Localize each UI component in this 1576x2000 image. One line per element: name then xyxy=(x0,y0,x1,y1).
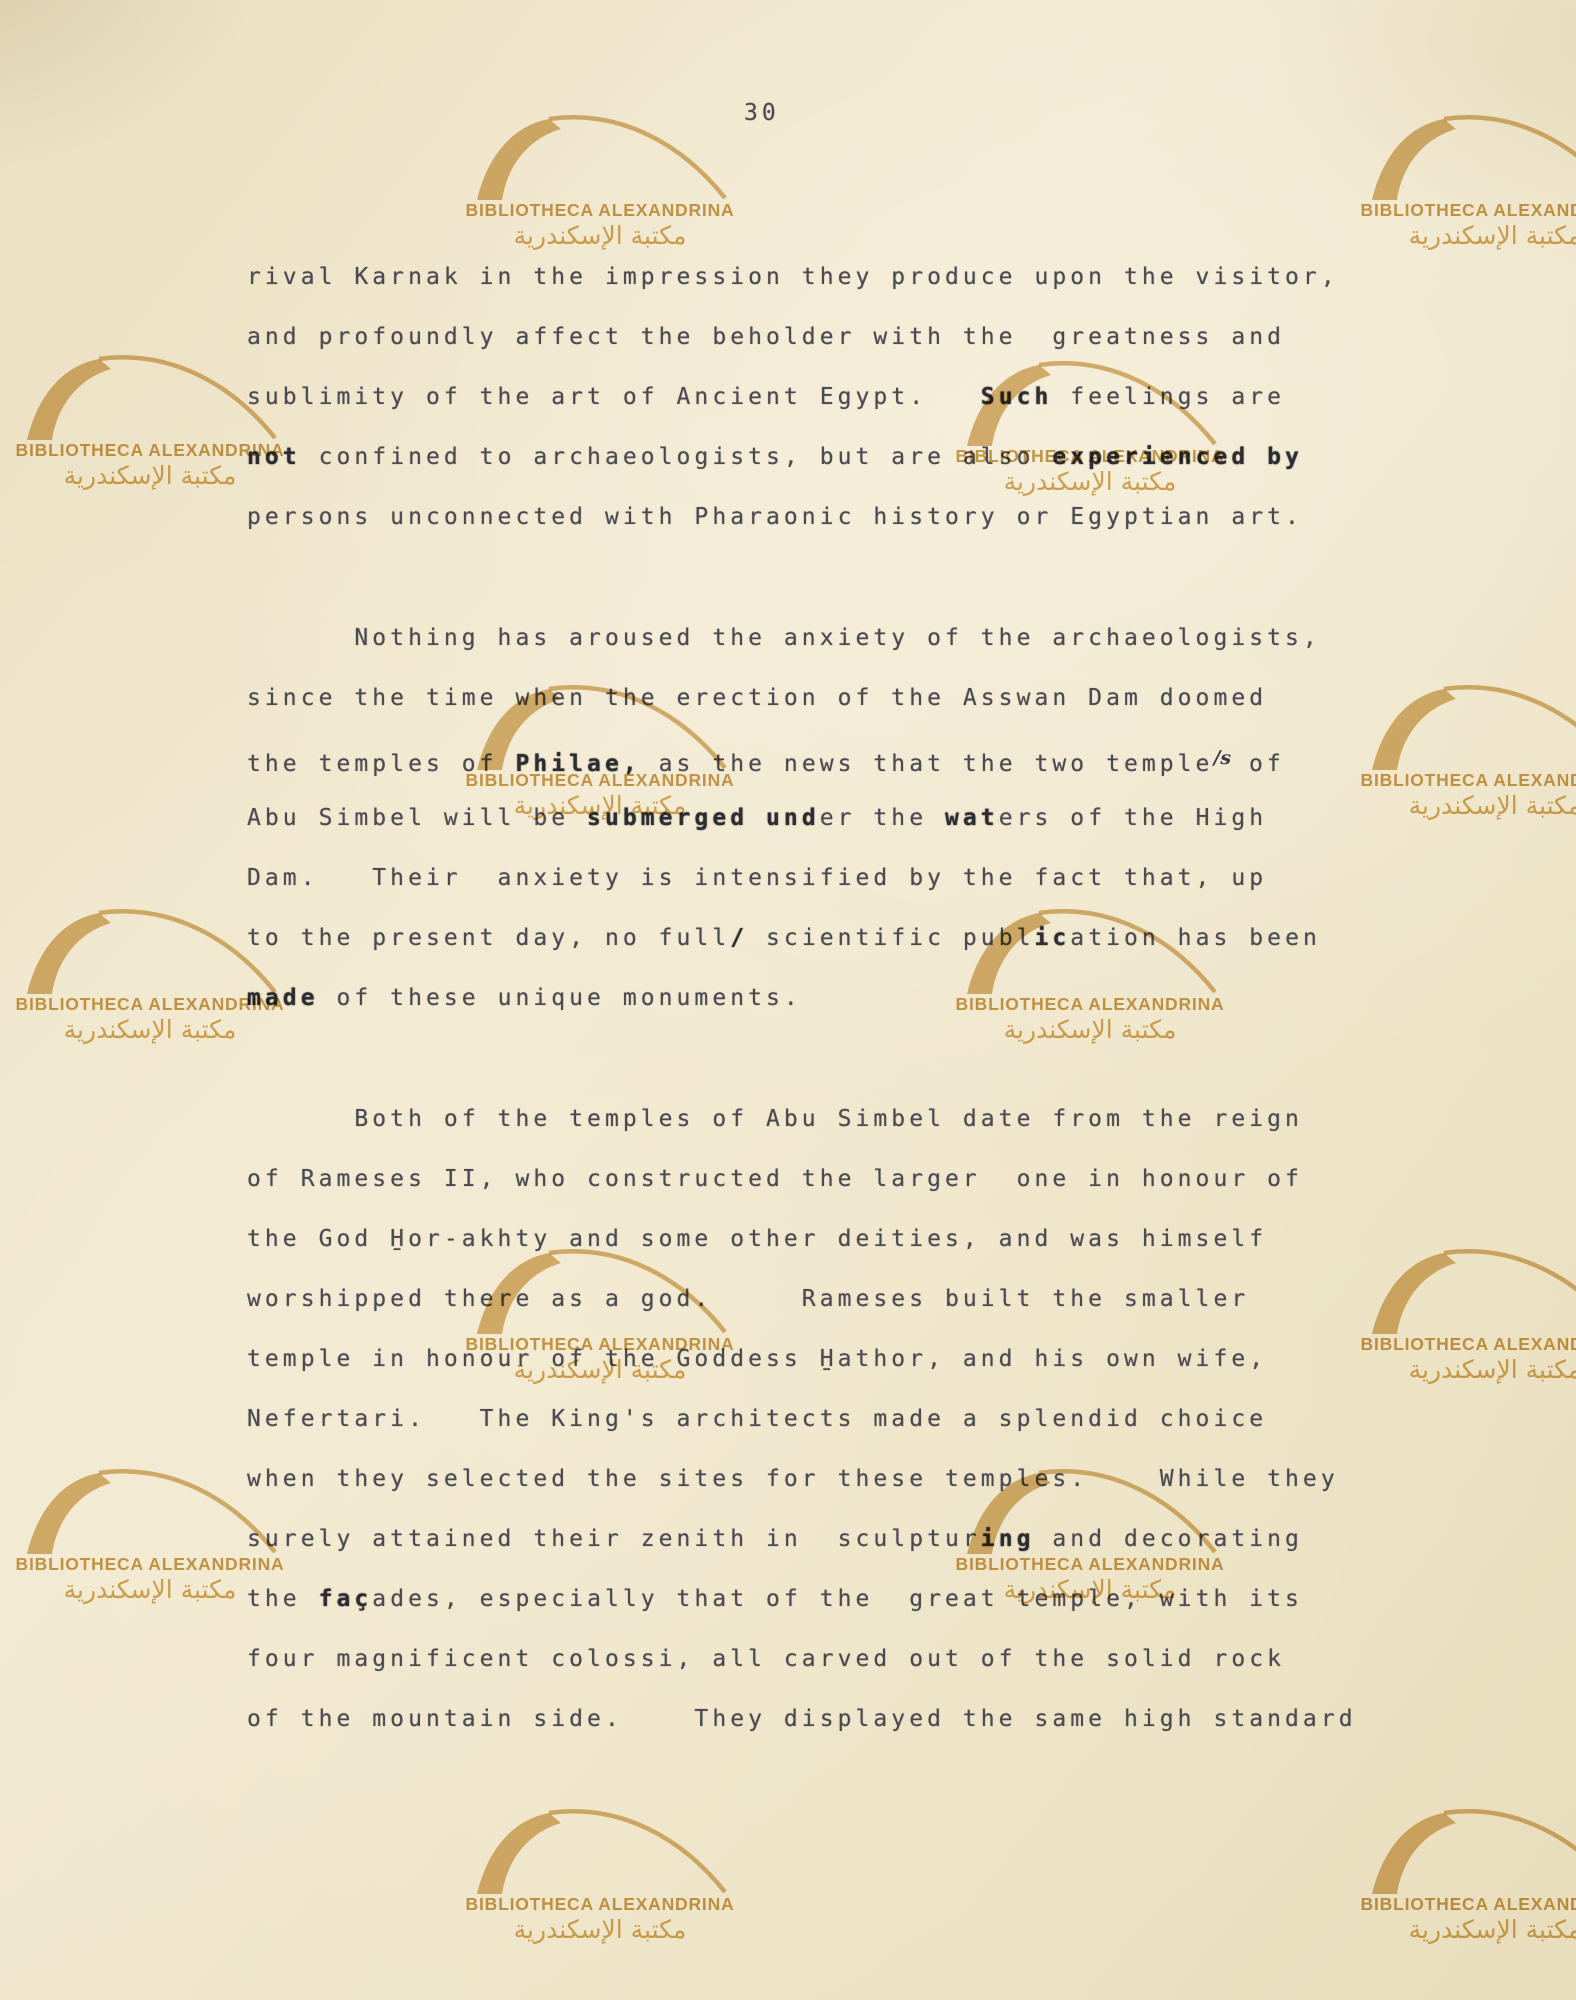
typed-line: of the mountain side. They displayed the… xyxy=(247,1689,1357,1749)
typed-segment: made xyxy=(247,985,319,1011)
typed-line: the temples of Philae, as the news that … xyxy=(247,728,1357,788)
typed-segment: ation has been xyxy=(1070,925,1321,951)
typed-segment: the God H̱or-akhty and some other deitie… xyxy=(247,1226,1267,1252)
watermark-latin-text: BIBLIOTHECA ALEXANDRINA xyxy=(1335,200,1576,221)
typed-segment: submerged und xyxy=(587,805,820,831)
watermark-latin-text: BIBLIOTHECA ALEXANDRINA xyxy=(440,1894,760,1915)
bibliotheca-arch-icon xyxy=(1364,682,1576,772)
typed-segment: ades, especially that of the great templ… xyxy=(372,1586,1303,1612)
typed-segment: Philae, xyxy=(515,751,640,777)
typed-line: when they selected the sites for these t… xyxy=(247,1449,1357,1509)
typed-segment: of these unique monuments. xyxy=(319,985,802,1011)
bibliotheca-arch-icon xyxy=(469,1806,731,1896)
typed-line: Both of the temples of Abu Simbel date f… xyxy=(247,1089,1357,1149)
typed-line: four magnificent colossi, all carved out… xyxy=(247,1629,1357,1689)
watermark-latin-text: BIBLIOTHECA ALEXANDRINA xyxy=(1335,1894,1576,1915)
typed-segment: Dam. Their anxiety is intensified by the… xyxy=(247,865,1267,891)
typed-line: made of these unique monuments. xyxy=(247,968,1357,1028)
handwritten-insertion: ∕s xyxy=(1213,747,1231,769)
page-number: 30 xyxy=(744,100,780,126)
typed-line: of Rameses II, who constructed the large… xyxy=(247,1149,1357,1209)
bibliotheca-arch-icon xyxy=(1364,1246,1576,1336)
typed-segment: of xyxy=(1231,751,1285,777)
typed-segment: temple in honour of the Goddess H̱athor,… xyxy=(247,1346,1267,1372)
typed-segment: sublimity of the art of Ancient Egypt. xyxy=(247,384,981,410)
paragraph: Both of the temples of Abu Simbel date f… xyxy=(247,1089,1357,1749)
typed-segment: Such xyxy=(981,384,1053,410)
typed-segment: and profoundly affect the beholder with … xyxy=(247,324,1285,350)
typed-line: surely attained their zenith in sculptur… xyxy=(247,1509,1357,1569)
typed-line: and profoundly affect the beholder with … xyxy=(247,307,1357,367)
bibliotheca-arch-icon xyxy=(1364,112,1576,202)
typed-segment: of Rameses II, who constructed the large… xyxy=(247,1166,1303,1192)
typed-line: not confined to archaeologists, but are … xyxy=(247,427,1357,487)
typed-segment: the temples of xyxy=(247,751,515,777)
watermark-arabic-text: مكتبة الإسكندرية xyxy=(1335,1915,1576,1945)
watermark-arabic-text: مكتبة الإسكندرية xyxy=(1335,1355,1576,1385)
typed-segment: ic xyxy=(1035,925,1071,951)
typed-line: temple in honour of the Goddess H̱athor,… xyxy=(247,1329,1357,1389)
typed-segment: scientific publ xyxy=(748,925,1034,951)
typed-segment: er the xyxy=(820,805,945,831)
typed-segment: of the mountain side. They displayed the… xyxy=(247,1706,1357,1732)
typed-segment: four magnificent colossi, all carved out… xyxy=(247,1646,1285,1672)
typed-segment: confined to archaeologists, but are also xyxy=(301,444,1053,470)
typed-line: worshipped there as a god. Rameses built… xyxy=(247,1269,1357,1329)
typed-segment: ing xyxy=(981,1526,1035,1552)
typed-segment: Both of the temples of Abu Simbel date f… xyxy=(247,1106,1303,1132)
typed-segment: as the news that the two temple xyxy=(641,751,1214,777)
typed-line: persons unconnected with Pharaonic histo… xyxy=(247,487,1357,547)
typed-segment: Nefertari. The King's architects made a … xyxy=(247,1406,1267,1432)
typed-line: the God H̱or-akhty and some other deitie… xyxy=(247,1209,1357,1269)
typed-segment: Abu Simbel will be xyxy=(247,805,587,831)
watermark: BIBLIOTHECA ALEXANDRINA مكتبة الإسكندرية xyxy=(1335,1806,1576,1945)
typed-segment: ers of the High xyxy=(999,805,1267,831)
typed-line: rival Karnak in the impression they prod… xyxy=(247,247,1357,307)
watermark: BIBLIOTHECA ALEXANDRINA مكتبة الإسكندرية xyxy=(440,1806,760,1945)
typed-segment: not xyxy=(247,444,301,470)
typed-segment: / xyxy=(730,925,748,951)
typed-segment: and decorating xyxy=(1035,1526,1303,1552)
bibliotheca-arch-icon xyxy=(19,1466,281,1556)
bibliotheca-arch-icon xyxy=(469,112,731,202)
typed-line: Nothing has aroused the anxiety of the a… xyxy=(247,608,1357,668)
scanned-page: 30 rival Karnak in the impression they p… xyxy=(0,0,1576,2000)
typed-segment: persons unconnected with Pharaonic histo… xyxy=(247,504,1303,530)
watermark-arabic-text: مكتبة الإسكندرية xyxy=(1335,791,1576,821)
typed-segment: worshipped there as a god. Rameses built… xyxy=(247,1286,1249,1312)
typed-segment: Nothing has aroused the anxiety of the a… xyxy=(247,625,1321,651)
watermark: BIBLIOTHECA ALEXANDRINA مكتبة الإسكندرية xyxy=(1335,682,1576,821)
bibliotheca-arch-icon xyxy=(19,352,281,442)
typed-line: since the time when the erection of the … xyxy=(247,668,1357,728)
typed-text: rival Karnak in the impression they prod… xyxy=(247,247,1357,1749)
typed-line: the façades, especially that of the grea… xyxy=(247,1569,1357,1629)
bibliotheca-arch-icon xyxy=(19,906,281,996)
typed-segment: experienced by xyxy=(1052,444,1303,470)
typed-segment: feelings are xyxy=(1052,384,1285,410)
typed-segment: rival Karnak in the impression they prod… xyxy=(247,264,1339,290)
typed-line: sublimity of the art of Ancient Egypt. S… xyxy=(247,367,1357,427)
watermark: BIBLIOTHECA ALEXANDRINA مكتبة الإسكندرية xyxy=(440,112,760,251)
typed-segment: the xyxy=(247,1586,319,1612)
typed-line: Abu Simbel will be submerged under the w… xyxy=(247,788,1357,848)
typed-segment: faç xyxy=(319,1586,373,1612)
typed-segment: since the time when the erection of the … xyxy=(247,685,1267,711)
watermark: BIBLIOTHECA ALEXANDRINA مكتبة الإسكندرية xyxy=(1335,1246,1576,1385)
watermark-latin-text: BIBLIOTHECA ALEXANDRINA xyxy=(1335,1334,1576,1355)
bibliotheca-arch-icon xyxy=(1364,1806,1576,1896)
watermark-latin-text: BIBLIOTHECA ALEXANDRINA xyxy=(440,200,760,221)
watermark: BIBLIOTHECA ALEXANDRINA مكتبة الإسكندرية xyxy=(1335,112,1576,251)
typed-line: Nefertari. The King's architects made a … xyxy=(247,1389,1357,1449)
watermark-arabic-text: مكتبة الإسكندرية xyxy=(1335,221,1576,251)
watermark-arabic-text: مكتبة الإسكندرية xyxy=(440,1915,760,1945)
paragraph: rival Karnak in the impression they prod… xyxy=(247,247,1357,547)
typed-line: to the present day, no full/ scientific … xyxy=(247,908,1357,968)
typed-segment: surely attained their zenith in sculptur xyxy=(247,1526,981,1552)
watermark-latin-text: BIBLIOTHECA ALEXANDRINA xyxy=(1335,770,1576,791)
typed-segment: to the present day, no full xyxy=(247,925,730,951)
typed-segment: wat xyxy=(945,805,999,831)
typed-line: Dam. Their anxiety is intensified by the… xyxy=(247,848,1357,908)
typed-segment: when they selected the sites for these t… xyxy=(247,1466,1339,1492)
paragraph: Nothing has aroused the anxiety of the a… xyxy=(247,608,1357,1028)
